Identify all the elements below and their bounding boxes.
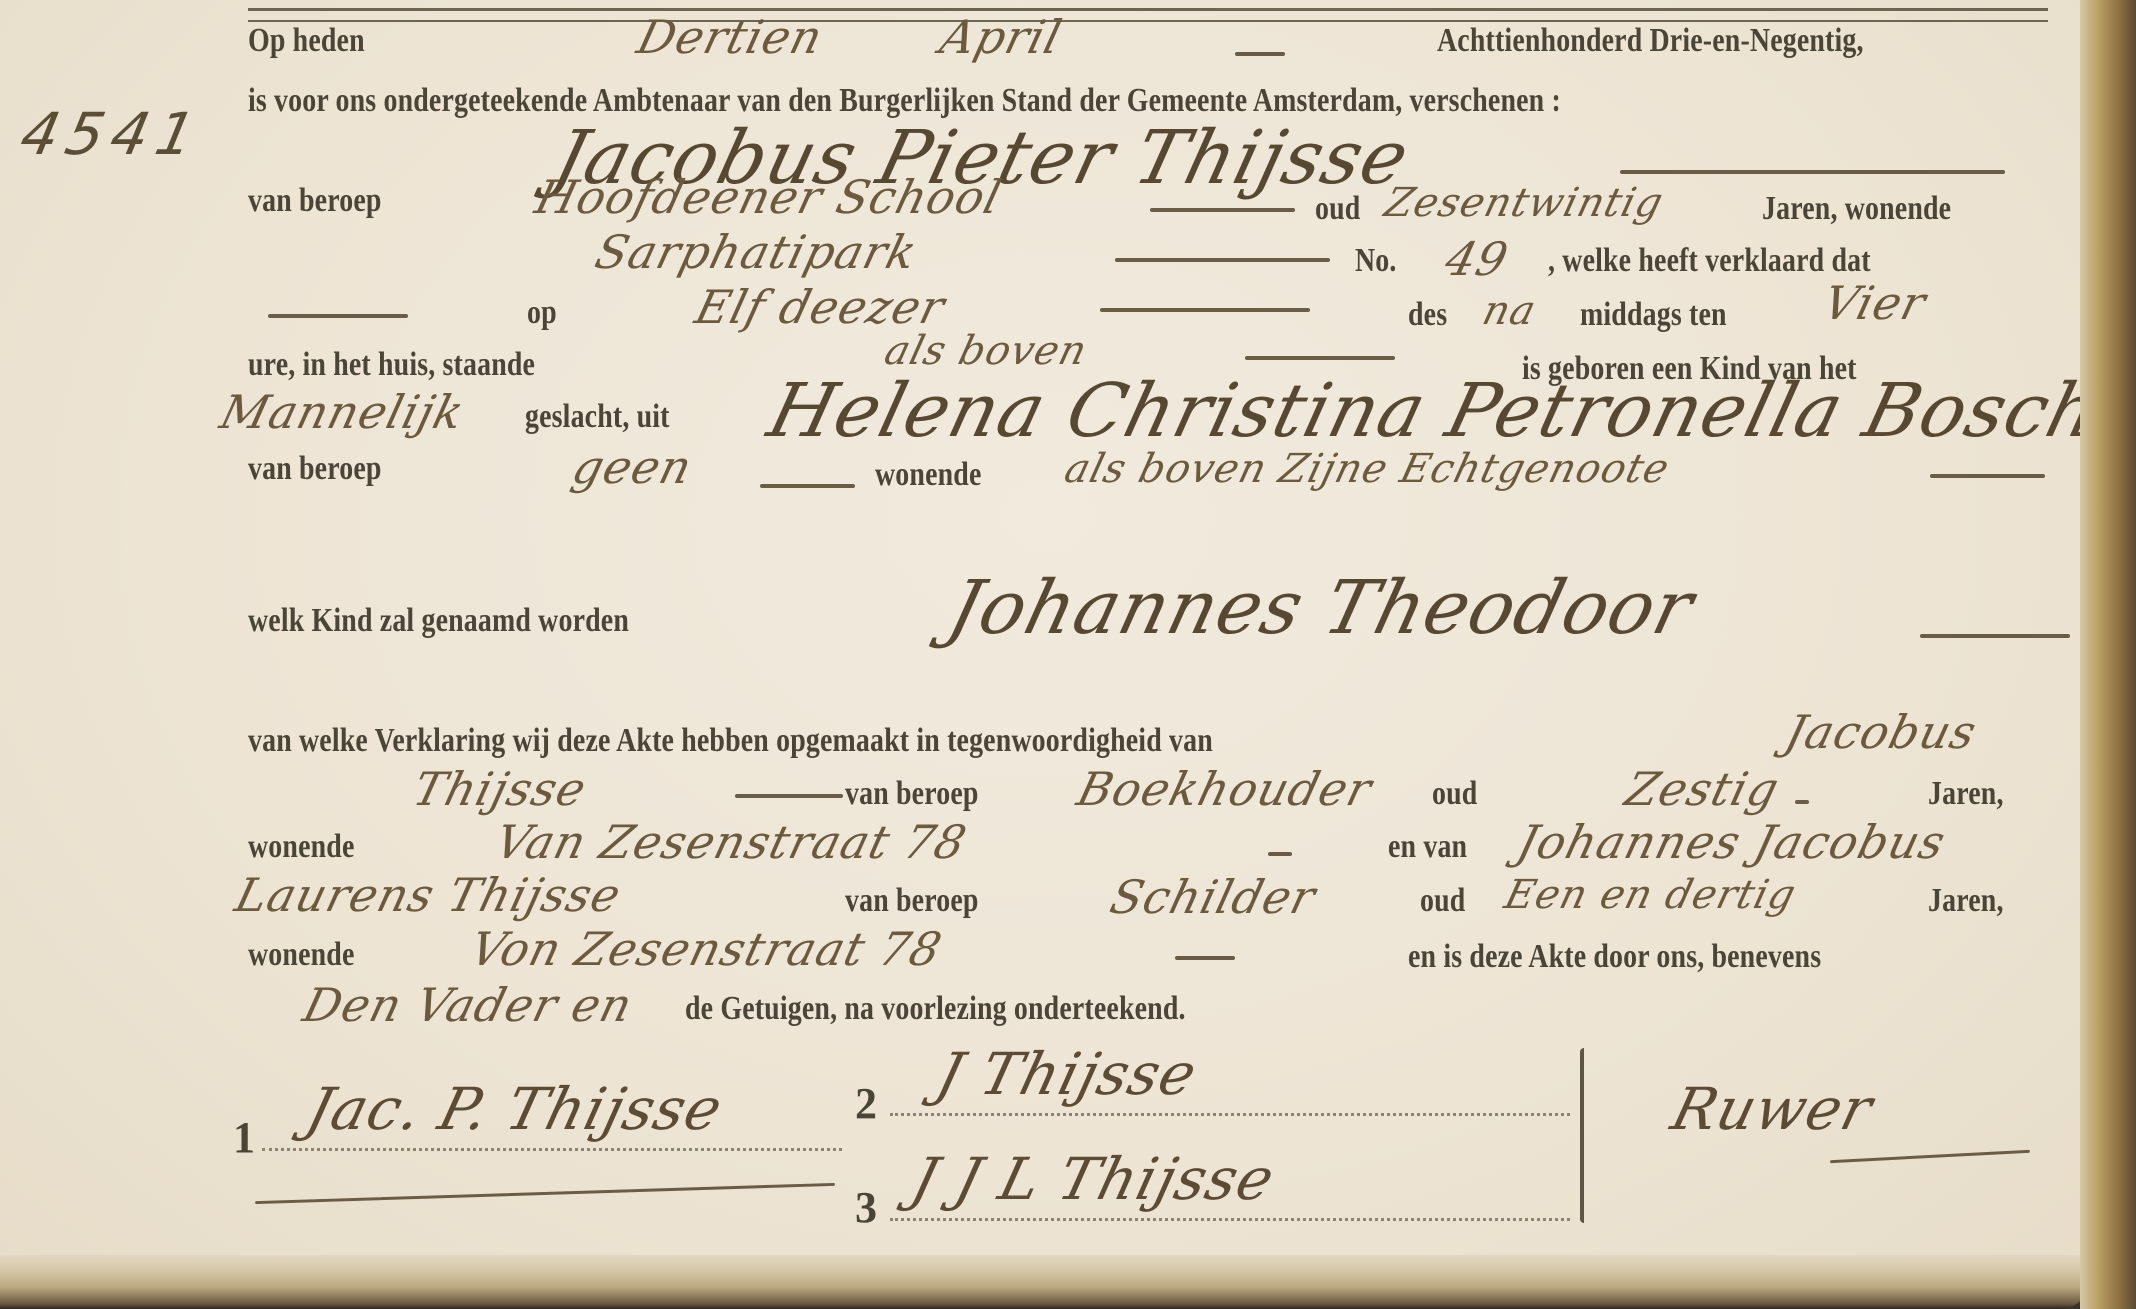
hw-date-day: Dertien	[632, 10, 829, 64]
printed-van-welke: van welke Verklaring wij deze Akte hebbe…	[248, 722, 1213, 760]
hw-witness1-last: Thijsse	[408, 762, 592, 816]
printed-jaren-2: Jaren,	[1928, 882, 2004, 920]
printed-wonende-1: wonende	[875, 456, 981, 494]
hw-witness2-residence: Von Zesenstraat 78	[465, 922, 948, 976]
hw-date-month: April	[935, 10, 1068, 64]
hw-witness1-first: Jacobus	[1780, 705, 1982, 759]
printed-ure-huis: ure, in het huis, staande	[248, 346, 535, 384]
hw-part-of-day: na	[1478, 288, 1541, 334]
printed-wonende-2: wonende	[248, 828, 354, 866]
book-page-edges-right	[2080, 0, 2136, 1309]
fill-dash	[1795, 800, 1809, 804]
registry-number: 4541	[15, 100, 209, 168]
hw-house-no: 49	[1440, 232, 1514, 286]
printed-wonende-3: wonende	[248, 936, 354, 974]
printed-en-van: en van	[1388, 828, 1467, 866]
hw-signers-prefix: Den Vader en	[298, 978, 638, 1032]
fill-dash	[1235, 52, 1285, 56]
certificate-page: 4541 Op heden Dertien April Achttienhond…	[0, 0, 2096, 1290]
fill-dash	[735, 794, 843, 798]
hw-witness2-age: Een en dertig	[1500, 872, 1801, 918]
printed-middags-ten: middags ten	[1580, 296, 1727, 334]
book-page-edges-bottom	[0, 1255, 2090, 1309]
hw-declarant-occupation: Hoofdeener School	[530, 170, 1007, 224]
printed-oud-3: oud	[1420, 882, 1465, 920]
signature-number-3: 3	[855, 1182, 877, 1233]
printed-op-heden: Op heden	[248, 22, 365, 60]
hw-child-name: Johannes Theodoor	[940, 565, 1702, 651]
fill-dash	[1620, 170, 2005, 174]
hw-witness1-residence: Van Zesenstraat 78	[490, 815, 972, 869]
hw-witness2-occupation: Schilder	[1105, 870, 1321, 924]
hw-declarant-age: Zesentwintig	[1380, 180, 1668, 226]
fill-dash	[268, 314, 408, 318]
hw-mother-residence: als boven Zijne Echtgenoote	[1060, 446, 1674, 492]
printed-van-beroep-4: van beroep	[845, 882, 979, 920]
signature-2: J Thijsse	[930, 1040, 1204, 1108]
printed-jaren-wonende: Jaren, wonende	[1762, 190, 1951, 228]
hw-mother-occupation: geen	[567, 440, 698, 494]
hw-witness1-age: Zestig	[1620, 762, 1785, 816]
printed-van-beroep-2: van beroep	[248, 450, 382, 488]
hw-witness1-occupation: Boekhouder	[1072, 762, 1378, 816]
signature-line-2	[890, 1113, 1570, 1116]
hw-witness2-last: Laurens Thijsse	[230, 868, 627, 922]
printed-des: des	[1408, 296, 1447, 334]
printed-oud-2: oud	[1432, 775, 1477, 813]
fill-dash	[1920, 634, 2070, 638]
printed-welk-kind: welk Kind zal genaamd worden	[248, 602, 629, 640]
signature-underline	[255, 1183, 835, 1204]
fill-dash	[760, 484, 855, 488]
printed-geslacht-uit: geslacht, uit	[525, 398, 670, 436]
printed-en-is-deze: en is deze Akte door ons, benevens	[1408, 938, 1821, 976]
signature-3: J J L Thijsse	[905, 1145, 1282, 1213]
printed-van-beroep-1: van beroep	[248, 182, 382, 220]
hw-birth-hour: Vier	[1818, 276, 1932, 330]
fill-dash	[1150, 208, 1295, 212]
printed-op: op	[527, 294, 557, 332]
registrar-signature: Ruwer	[1665, 1075, 1880, 1143]
printed-year: Achttienhonderd Drie-en-Negentig,	[1437, 22, 1864, 60]
printed-welke-heeft: , welke heeft verklaard dat	[1548, 242, 1871, 280]
fill-dash	[1268, 852, 1292, 856]
signature-line-3	[890, 1218, 1570, 1221]
header-rule-top	[248, 8, 2048, 11]
printed-getuigen: de Getuigen, na voorlezing onderteekend.	[685, 990, 1186, 1028]
hw-mother-name: Helena Christina Petronella Bosch	[760, 368, 2108, 454]
hw-witness2-first: Johannes Jacobus	[1512, 815, 1951, 869]
printed-oud-1: oud	[1315, 190, 1360, 228]
printed-van-beroep-3: van beroep	[845, 775, 979, 813]
fill-dash	[1245, 356, 1395, 360]
signature-line-1	[262, 1148, 842, 1151]
fill-dash	[1115, 258, 1330, 262]
printed-no: No.	[1355, 242, 1397, 280]
hw-declarant-street: Sarphatipark	[590, 225, 923, 279]
fill-dash	[1100, 308, 1310, 312]
signature-number-1: 1	[233, 1112, 255, 1163]
printed-jaren-1: Jaren,	[1928, 775, 2004, 813]
fill-dash	[1930, 474, 2045, 478]
signature-number-2: 2	[855, 1078, 877, 1129]
hw-child-sex: Mannelijk	[215, 385, 470, 439]
fill-dash	[1175, 956, 1235, 960]
hw-birth-day: Elf deezer	[690, 280, 951, 334]
registrar-flourish	[1830, 1150, 2030, 1163]
signature-brace	[1580, 1048, 1590, 1223]
signature-1: Jac. P. Thijsse	[300, 1075, 730, 1143]
